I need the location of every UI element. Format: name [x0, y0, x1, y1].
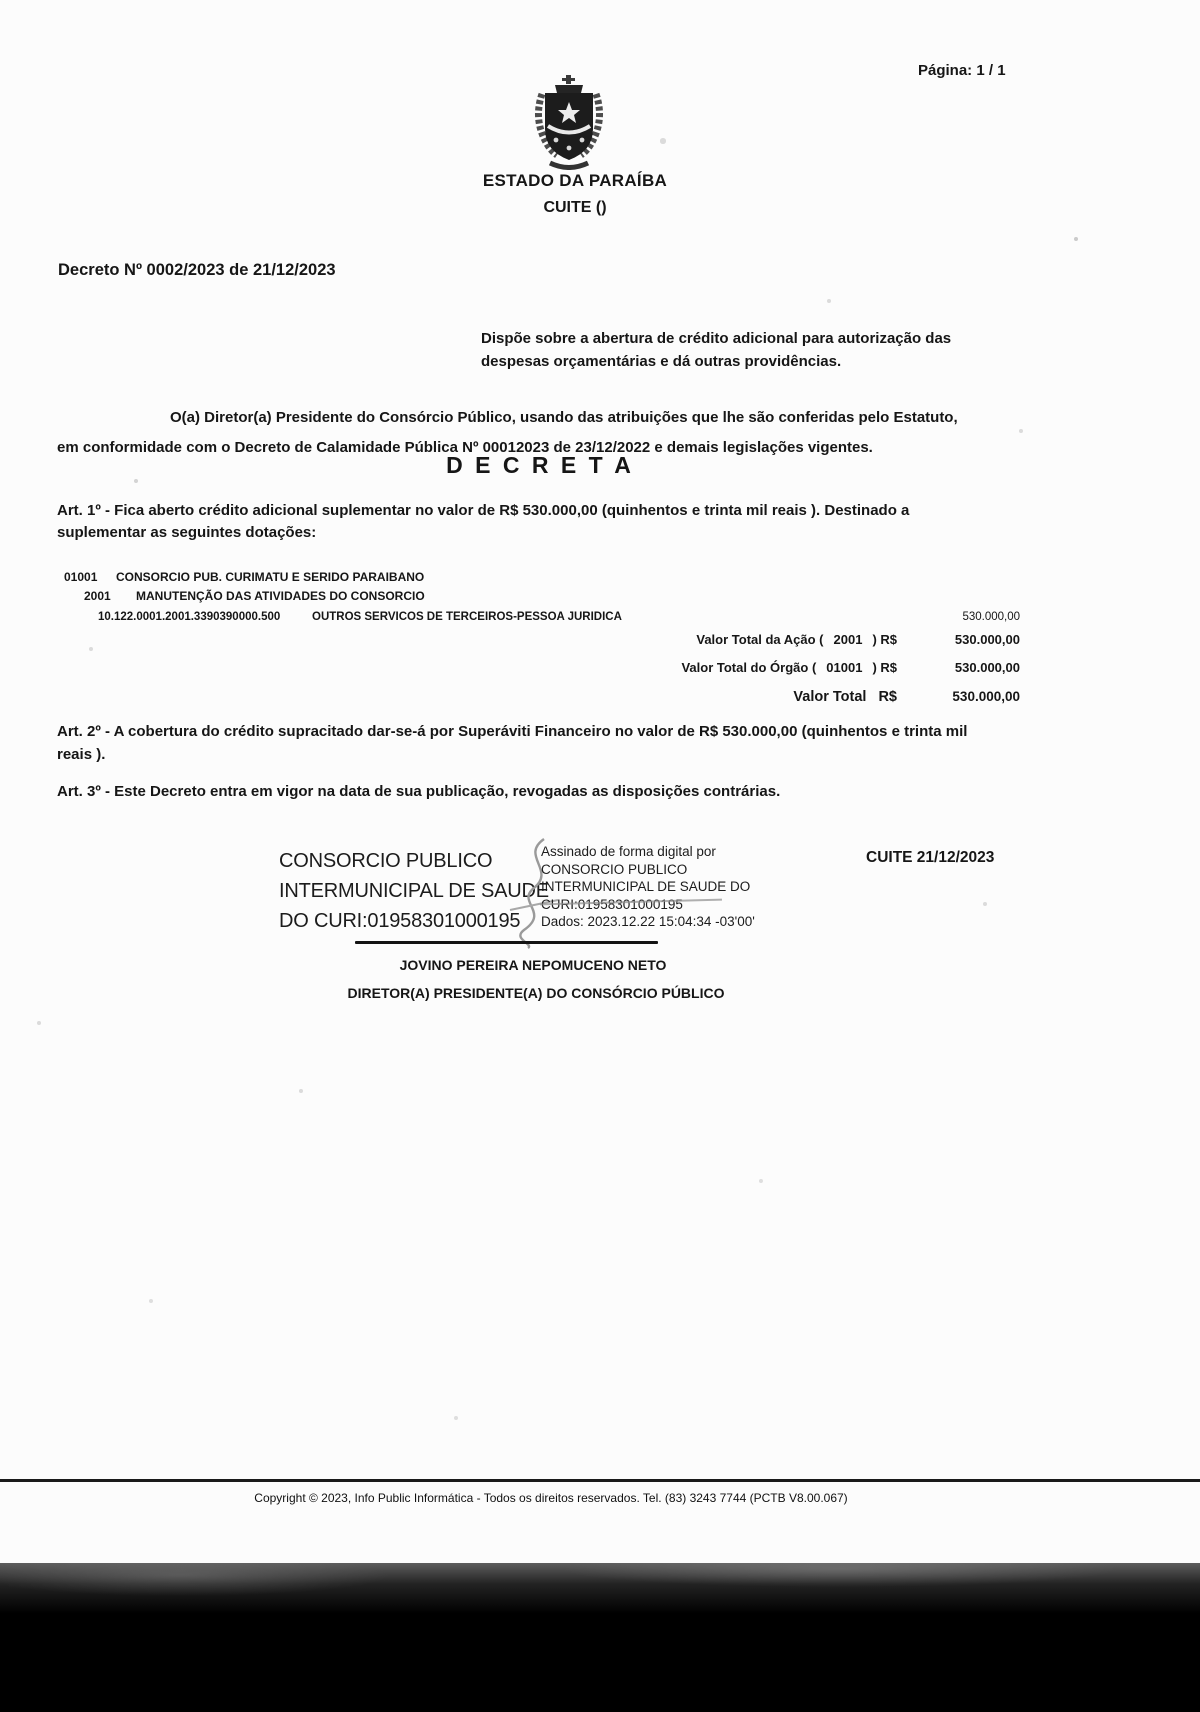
grand-total-label: Valor TotalR$ [400, 689, 897, 705]
article-2-line-1: Art. 2º - A cobertura do crédito supraci… [57, 721, 967, 743]
action-total-label: Valor Total da Ação (2001) R$ [400, 632, 897, 647]
action-total-value: 530.000,00 [948, 632, 1020, 647]
organ-total-label: Valor Total do Órgão (01001) R$ [400, 660, 897, 675]
organ-total-suffix: ) R$ [872, 660, 897, 675]
signer-full-name: JOVINO PEREIRA NEPOMUCENO NETO [0, 957, 1066, 973]
dotation-code: 10.122.0001.2001.3390390000.500 [98, 611, 280, 623]
organ-total-prefix: Valor Total do Órgão ( [681, 660, 816, 675]
action-total-prefix: Valor Total da Ação ( [696, 632, 823, 647]
scanned-decree-page: Página: 1 / 1 ESTADO DA PARAÍBA CUITE ()… [0, 0, 1200, 1712]
preamble-line-1: O(a) Diretor(a) Presidente do Consórcio … [170, 409, 958, 426]
digital-signature-line: Dados: 2023.12.22 15:04:34 -03'00' [541, 913, 755, 931]
article-1-line-2: suplementar as seguintes dotações: [57, 522, 316, 544]
article-2-line-2: reais ). [57, 744, 105, 766]
action-total-code: 2001 [834, 632, 863, 647]
grand-total-text: Valor Total [793, 689, 866, 705]
page-number: Página: 1 / 1 [918, 62, 1006, 79]
digital-signature-line: INTERMUNICIPAL DE SAUDE DO [541, 878, 755, 896]
organ-total-code: 01001 [826, 660, 862, 675]
organ-total-value: 530.000,00 [948, 660, 1020, 675]
digital-signature-line: Assinado de forma digital por [541, 843, 755, 861]
article-3: Art. 3º - Este Decreto entra em vigor na… [57, 781, 780, 803]
decree-title: Decreto Nº 0002/2023 de 21/12/2023 [58, 261, 336, 280]
paraiba-coat-of-arms-icon [528, 74, 610, 170]
dotation-name: OUTROS SERVICOS DE TERCEIROS-PESSOA JURI… [312, 611, 622, 623]
decree-summary: Dispõe sobre a abertura de crédito adici… [481, 327, 951, 373]
action-total-suffix: ) R$ [872, 632, 897, 647]
grand-total-currency: R$ [878, 689, 897, 705]
summary-line: Dispõe sobre a abertura de crédito adici… [481, 327, 951, 350]
organ-code: 01001 [64, 570, 97, 584]
copyright-notice: Copyright © 2023, Info Public Informátic… [0, 1491, 1102, 1505]
digital-signature-details: Assinado de forma digital por CONSORCIO … [541, 843, 755, 931]
state-name: ESTADO DA PARAÍBA [430, 171, 720, 191]
signature-rule [355, 941, 658, 944]
decreta-heading: D E C R E T A [0, 452, 1080, 479]
dotation-value: 530.000,00 [948, 611, 1020, 623]
organ-name: CONSORCIO PUB. CURIMATU E SERIDO PARAIBA… [116, 570, 424, 584]
action-code: 2001 [84, 589, 111, 603]
article-1-line-1: Art. 1º - Fica aberto crédito adicional … [57, 500, 909, 522]
scan-noise-specks [0, 0, 2, 2]
scan-edge-black-band [0, 1563, 1200, 1712]
digital-signature-line: CONSORCIO PUBLICO [541, 861, 755, 879]
footer-divider [0, 1479, 1200, 1482]
summary-line: despesas orçamentárias e dá outras provi… [481, 350, 951, 373]
action-name: MANUTENÇÃO DAS ATIVIDADES DO CONSORCIO [136, 589, 425, 603]
municipality-name: CUITE () [430, 199, 720, 217]
place-and-date: CUITE 21/12/2023 [866, 849, 994, 867]
signer-role: DIRETOR(A) PRESIDENTE(A) DO CONSÓRCIO PÚ… [0, 985, 1072, 1001]
grand-total-value: 530.000,00 [948, 689, 1020, 704]
